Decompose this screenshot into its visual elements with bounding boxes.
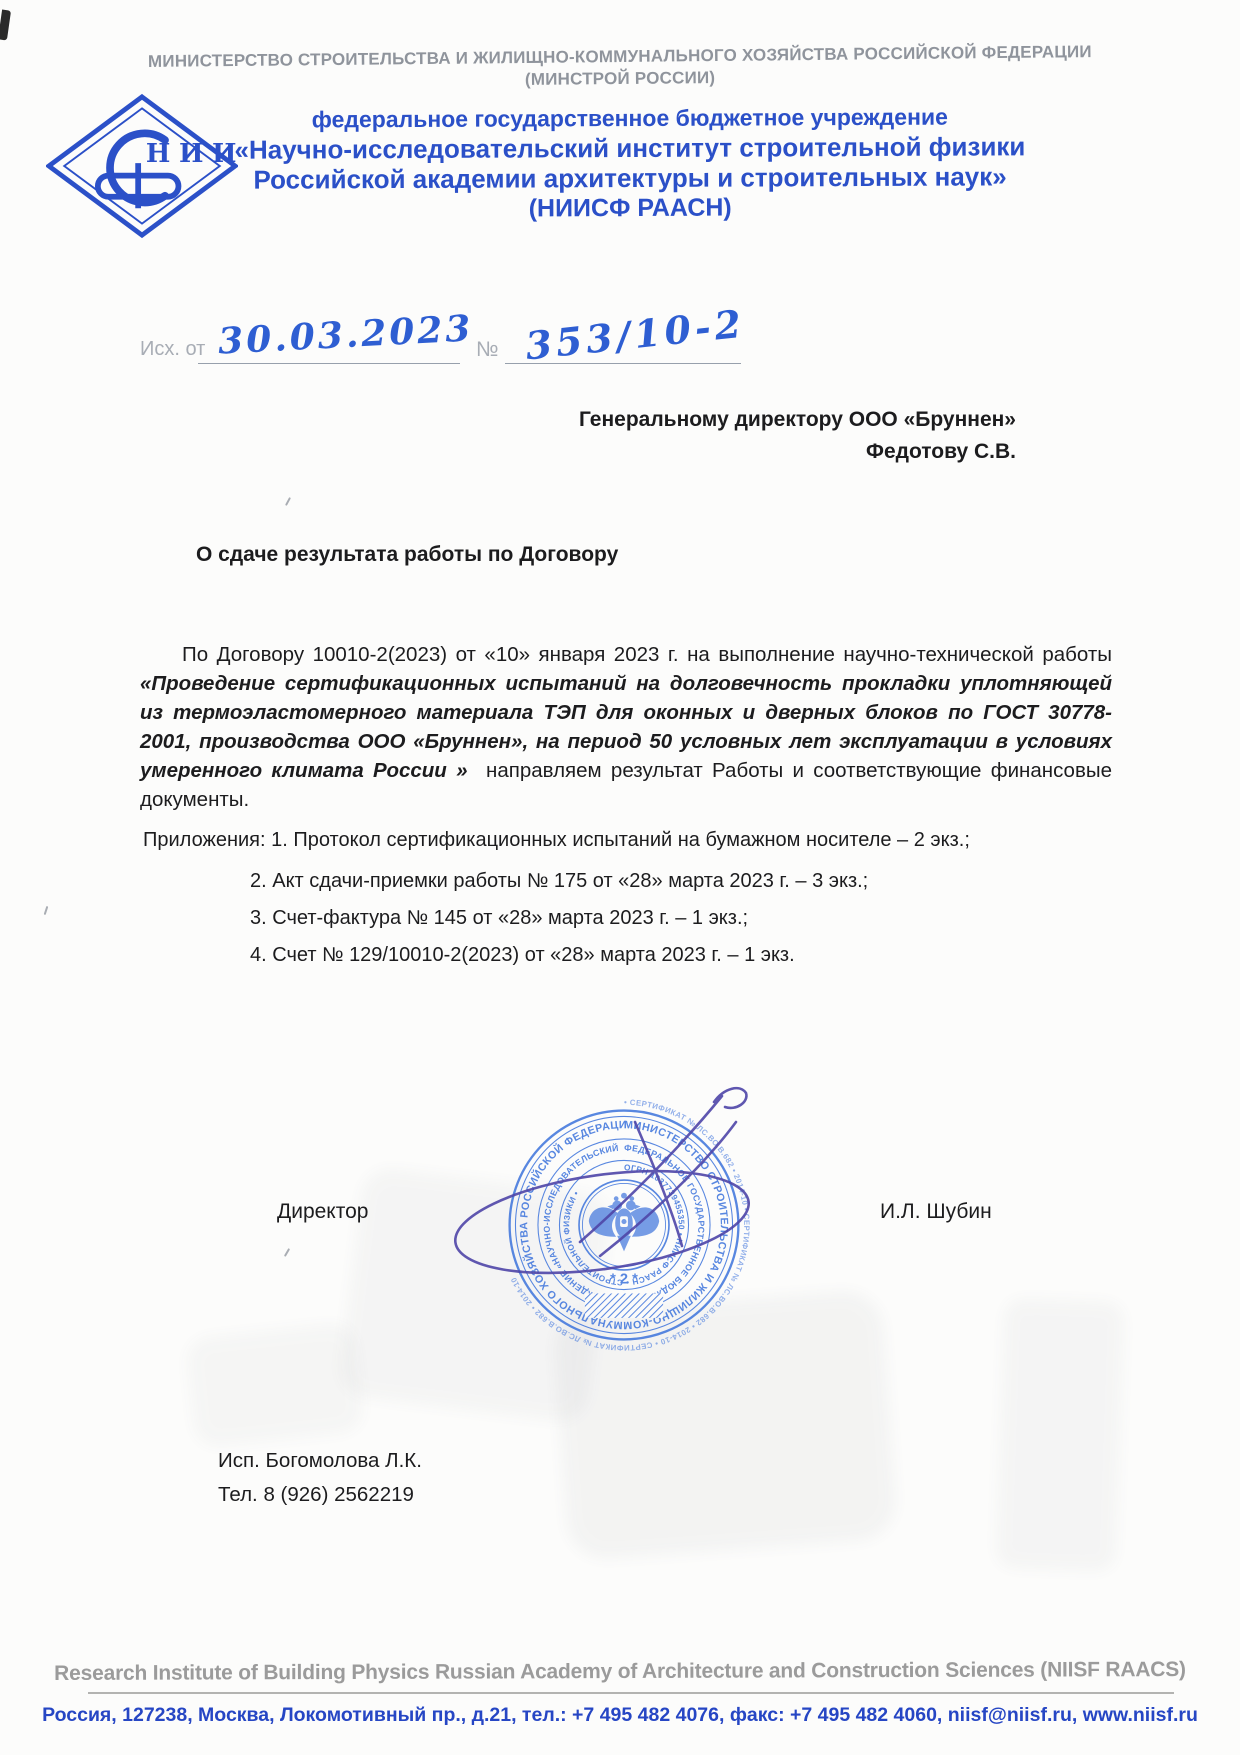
director-signature bbox=[430, 1030, 810, 1290]
ref-number-label: № bbox=[476, 338, 499, 362]
signer-name: И.Л. Шубин bbox=[880, 1200, 992, 1224]
org-line2: «Научно-исследовательский институт строи… bbox=[110, 131, 1150, 166]
scan-speck bbox=[285, 497, 291, 506]
addressee-line1: Генеральному директору ООО «Бруннен» bbox=[520, 404, 1016, 436]
executor-name: Исп. Богомолова Л.К. bbox=[218, 1444, 422, 1478]
footer-address-contacts: Россия, 127238, Москва, Локомотивный пр.… bbox=[30, 1704, 1210, 1727]
bleed-through-ghost bbox=[995, 1298, 1124, 1572]
attachment-item: 1. Протокол сертификационных испытаний н… bbox=[271, 829, 970, 851]
scan-speck bbox=[284, 1248, 290, 1257]
letter-page: МИНИСТЕРСТВО СТРОИТЕЛЬСТВА И ЖИЛИЩНО-КОМ… bbox=[0, 0, 1240, 1755]
handwritten-date: 30.03.2023 bbox=[217, 307, 474, 362]
executor-phone: Тел. 8 (926) 2562219 bbox=[218, 1478, 422, 1512]
scan-corner-artifact bbox=[0, 10, 11, 41]
body-paragraph: По Договору 10010-2(2023) от «10» января… bbox=[140, 640, 1112, 814]
addressee-line2: Федотову С.В. bbox=[520, 436, 1016, 468]
org-line3: Российской академии архитектуры и строит… bbox=[110, 161, 1150, 196]
footer-divider bbox=[88, 1692, 1174, 1694]
attachment-item: 4. Счет № 129/10010-2(2023) от «28» март… bbox=[250, 942, 1073, 968]
subject-line: О сдаче результата работы по Договору bbox=[196, 543, 618, 567]
organization-header: федеральное государственное бюджетное уч… bbox=[110, 101, 1151, 227]
ref-date-underline bbox=[198, 363, 460, 364]
bleed-through-ghost bbox=[185, 1321, 366, 1448]
attachment-item: 2. Акт сдачи-приемки работы № 175 от «28… bbox=[250, 868, 1073, 894]
signer-title: Директор bbox=[277, 1200, 368, 1224]
attachments-list: Приложения: 1. Протокол сертификационных… bbox=[143, 827, 1073, 979]
ref-from-label: Исх. от bbox=[140, 338, 205, 361]
handwritten-number: 353/10-2 bbox=[523, 301, 747, 369]
ref-line: Исх. от 30.03.2023 № 353/10-2 bbox=[140, 336, 820, 396]
executor-block: Исп. Богомолова Л.К. Тел. 8 (926) 256221… bbox=[218, 1444, 422, 1512]
attachments-label: Приложения: bbox=[143, 829, 266, 851]
org-line1: федеральное государственное бюджетное уч… bbox=[110, 101, 1150, 136]
attachment-row: Приложения: 1. Протокол сертификационных… bbox=[143, 827, 1073, 853]
org-line4: (НИИСФ РААСН) bbox=[110, 191, 1150, 227]
body-intro: По Договору 10010-2(2023) от «10» января… bbox=[182, 643, 1112, 666]
footer-english-name: Research Institute of Building Physics R… bbox=[40, 1658, 1200, 1686]
addressee-block: Генеральному директору ООО «Бруннен» Фед… bbox=[520, 404, 1016, 468]
attachment-item: 3. Счет-фактура № 145 от «28» марта 2023… bbox=[250, 905, 1073, 931]
scan-speck bbox=[44, 906, 49, 915]
ministry-header: МИНИСТЕРСТВО СТРОИТЕЛЬСТВА И ЖИЛИЩНО-КОМ… bbox=[100, 41, 1140, 96]
